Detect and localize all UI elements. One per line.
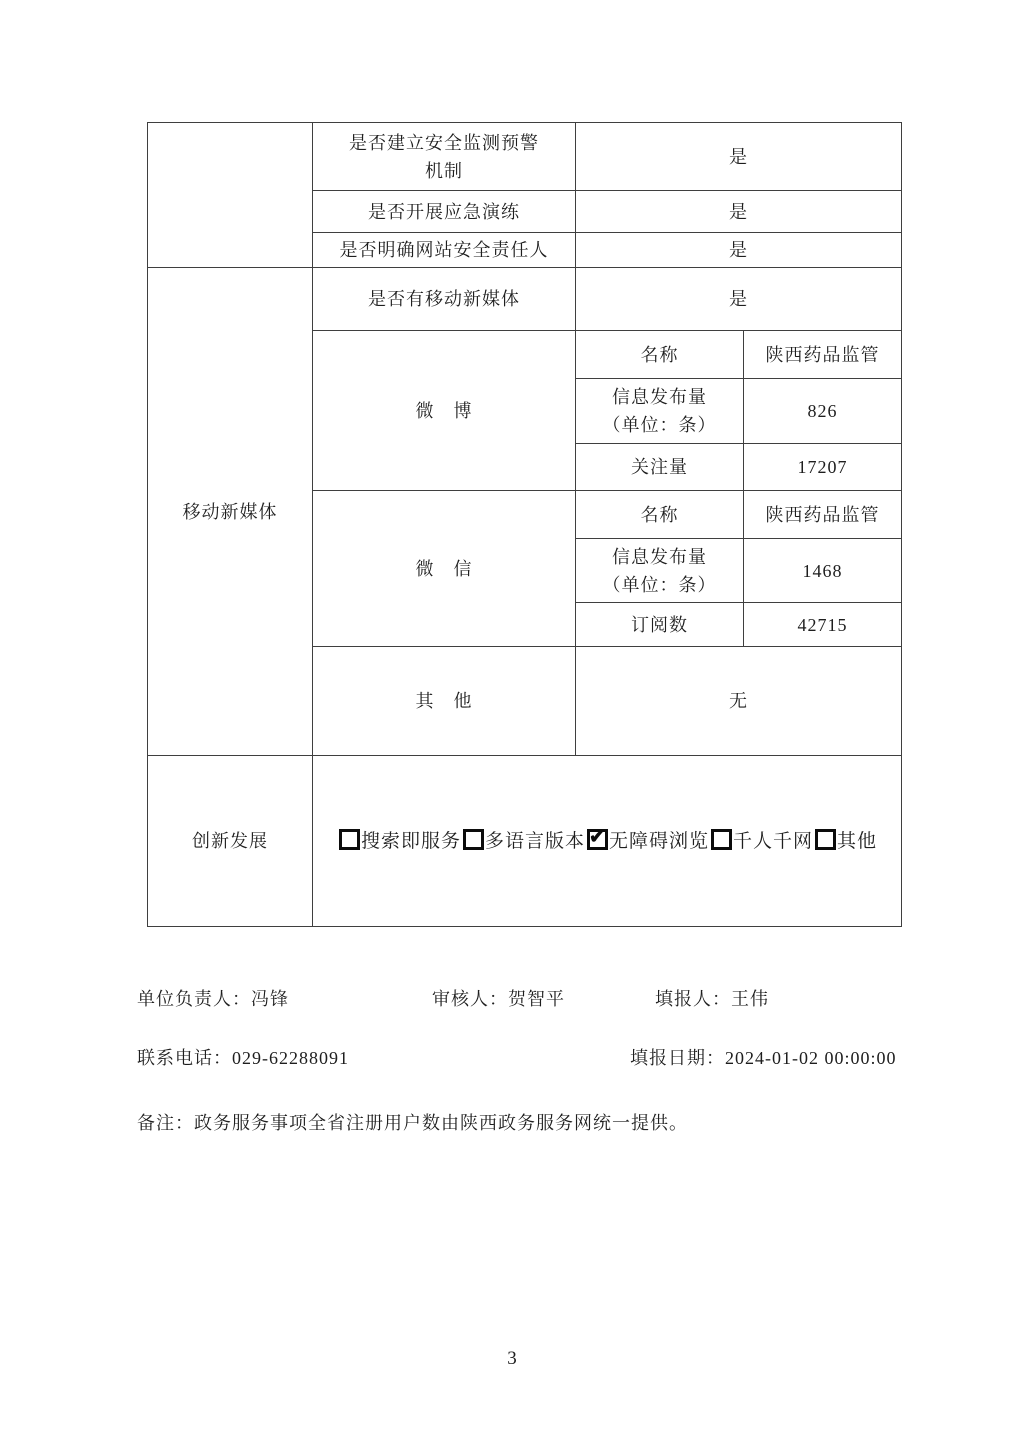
checkbox-icon [339,829,360,850]
checkbox-icon [815,829,836,850]
note-text: 备注：政务服务事项全省注册用户数由陕西政务服务网统一提供。 [137,1109,688,1135]
section-cell-empty [148,123,313,268]
checkbox-icon [711,829,732,850]
weibo-name-value: 陕西药品监管 [744,331,902,379]
platform-label-wechat: 微 信 [313,491,576,647]
unit-responsible-field: 单位负责人：冯锋 [137,985,289,1011]
phone-value: 029-62288091 [232,1048,349,1068]
wechat-name-value: 陕西药品监管 [744,491,902,539]
weibo-posts-label: 信息发布量 （单位：条） [576,379,744,444]
phone-label: 联系电话： [137,1048,232,1068]
weibo-posts-value: 826 [744,379,902,444]
auditor-label: 审核人： [432,989,508,1009]
table-row: 移动新媒体 是否有移动新媒体 是 [148,268,902,331]
unit-responsible-label: 单位负责人： [137,989,251,1009]
filler-value: 王伟 [731,989,769,1009]
report-date-field: 填报日期：2024-01-02 00:00:00 [630,1044,897,1070]
wechat-posts-label-line2: （单位：条） [580,571,739,599]
report-table: 是否建立安全监测预警 机制 是 是否开展应急演练 是 是否明确网站安全责任人 是… [147,122,902,927]
wechat-posts-label-line1: 信息发布量 [580,543,739,571]
answer-cell-security-officer: 是 [576,233,902,268]
filler-field: 填报人：王伟 [655,985,769,1011]
checkbox-label: 搜索即服务 [361,831,461,852]
platform-label-weibo: 微 博 [313,331,576,491]
weibo-followers-label: 关注量 [576,444,744,491]
checkbox-label: 多语言版本 [485,831,585,852]
page-number: 3 [0,1348,1024,1370]
section-cell-mobile-media: 移动新媒体 [148,268,313,756]
answer-cell-monitoring: 是 [576,123,902,191]
weibo-name-label: 名称 [576,331,744,379]
checkbox-label: 其他 [837,831,877,852]
checkbox-option-qianren: 千人千网 [709,831,813,852]
question-label-line1: 是否建立安全监测预警 [317,129,571,157]
platform-label-other: 其 他 [313,647,576,756]
question-label-drill: 是否开展应急演练 [313,191,576,233]
report-date-value: 2024-01-02 00:00:00 [725,1048,897,1068]
wechat-subscribers-label: 订阅数 [576,603,744,647]
document-page: 是否建立安全监测预警 机制 是 是否开展应急演练 是 是否明确网站安全责任人 是… [0,0,1024,1448]
report-date-label: 填报日期： [630,1048,725,1068]
wechat-subscribers-value: 42715 [744,603,902,647]
checkbox-icon [463,829,484,850]
checkbox-option-search-service: 搜索即服务 [337,831,461,852]
question-label-security-officer: 是否明确网站安全责任人 [313,233,576,268]
other-platform-value: 无 [576,647,902,756]
checkbox-label: 无障碍浏览 [609,831,709,852]
wechat-posts-value: 1468 [744,539,902,603]
wechat-posts-label: 信息发布量 （单位：条） [576,539,744,603]
table-row: 是否建立安全监测预警 机制 是 [148,123,902,191]
auditor-value: 贺智平 [508,989,565,1009]
answer-cell-drill: 是 [576,191,902,233]
weibo-followers-value: 17207 [744,444,902,491]
unit-responsible-value: 冯锋 [251,989,289,1009]
checkbox-option-accessibility: 无障碍浏览 [585,831,709,852]
checkbox-label: 千人千网 [733,831,813,852]
auditor-field: 审核人：贺智平 [432,985,565,1011]
question-label-line2: 机制 [317,157,571,185]
phone-field: 联系电话：029-62288091 [137,1044,349,1070]
checkbox-option-other: 其他 [813,831,877,852]
checkbox-checked-icon [587,829,608,850]
question-label-has-mobile-media: 是否有移动新媒体 [313,268,576,331]
section-cell-innovation: 创新发展 [148,756,313,927]
innovation-options-cell: 搜索即服务多语言版本无障碍浏览千人千网其他 [313,756,902,927]
checkbox-option-multilingual: 多语言版本 [461,831,585,852]
weibo-posts-label-line2: （单位：条） [580,411,739,439]
question-label-monitoring: 是否建立安全监测预警 机制 [313,123,576,191]
wechat-name-label: 名称 [576,491,744,539]
weibo-posts-label-line1: 信息发布量 [580,383,739,411]
answer-cell-has-mobile-media: 是 [576,268,902,331]
table-row: 创新发展 搜索即服务多语言版本无障碍浏览千人千网其他 [148,756,902,927]
filler-label: 填报人： [655,989,731,1009]
